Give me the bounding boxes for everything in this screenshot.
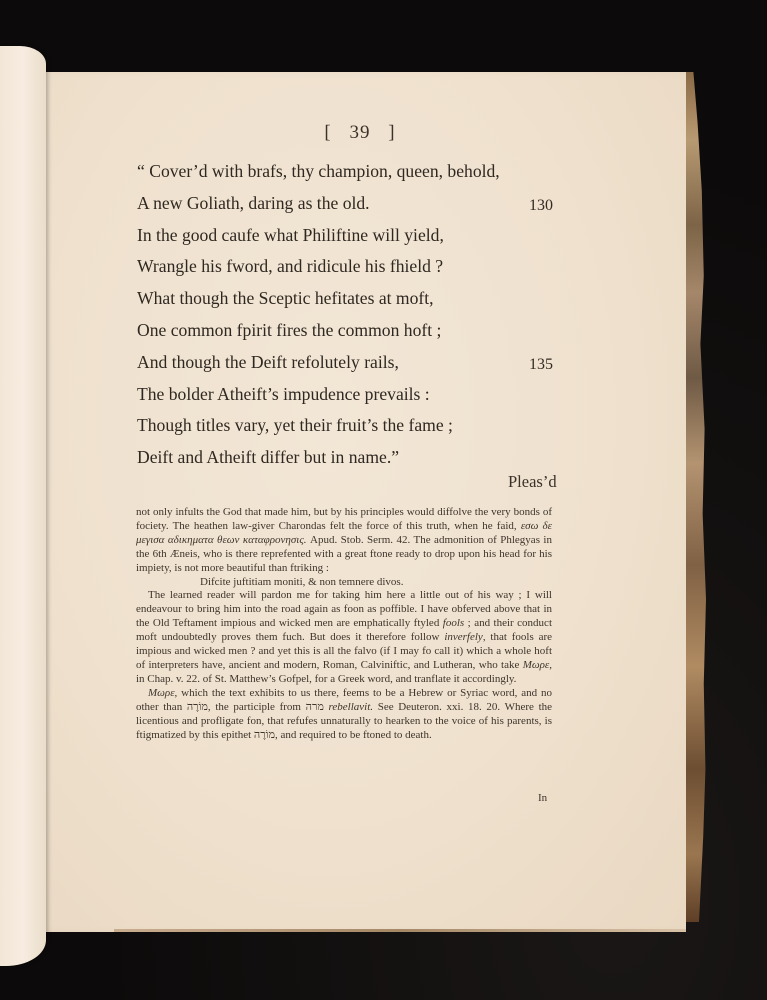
bracket-close: ] [376,122,407,143]
verse-text: Deift and Atheift differ but in name.” [137,447,399,467]
footnote-text: , and required to be ftoned to death. [275,729,432,741]
hebrew-word: מוֹרֶה [187,701,208,713]
verse-line: Deift and Atheift differ but in name.” [137,442,557,474]
verse-line: The bolder Atheift’s impudence prevails … [137,379,557,411]
footnote-block: not only infults the God that made him, … [136,506,552,742]
verse-line: In the good caufe what Philiftine will y… [137,220,557,252]
greek-word: Μωρε [523,659,550,671]
verse-text: Though titles vary, yet their fruit’s th… [137,415,453,435]
footnote-text: not only infults the God that made him, … [136,506,552,532]
latin-quote: Difcite juftitiam moniti, & non temnere … [136,576,552,590]
verse-text: “ Cover’d with brafs, thy champion, quee… [137,161,500,181]
verse-text: In the good caufe what Philiftine will y… [137,225,444,245]
verse-block: “ Cover’d with brafs, thy champion, quee… [137,156,557,474]
footnote-text: , the participle from [208,701,306,713]
verse-line: A new Goliath, daring as the old. 130 [137,188,557,220]
catchword: Pleas’d [508,472,557,492]
greek-word: Μωρε [148,687,175,699]
verse-line: Though titles vary, yet their fruit’s th… [137,410,557,442]
italic-word: fools [443,617,464,629]
hebrew-word: מוֹרֶה [254,729,275,741]
footnote-paragraph: Μωρε, which the text exhibits to us ther… [136,687,552,743]
verse-text: And though the Deift refolutely rails, [137,352,399,372]
verse-text: What though the Sceptic hefitates at mof… [137,288,434,308]
page-number: 39 [350,122,371,143]
verse-line: One common fpirit fires the common hoft … [137,315,557,347]
footnote-catchword: In [538,792,547,804]
book-page: [ 39 ] “ Cover’d with brafs, thy champio… [34,72,686,932]
hebrew-word: מרה [306,701,324,713]
footnote-paragraph: not only infults the God that made him, … [136,506,552,576]
footnote-paragraph: The learned reader will pardon me for ta… [136,589,552,686]
verse-line: And though the Deift refolutely rails, 1… [137,347,557,379]
verse-line: Wrangle his fword, and ridicule his fhie… [137,251,557,283]
italic-word: inverfely [444,631,482,643]
verse-text: The bolder Atheift’s impudence prevails … [137,384,430,404]
verse-text: One common fpirit fires the common hoft … [137,320,441,340]
verse-line: What though the Sceptic hefitates at mof… [137,283,557,315]
italic-word: rebellavit. [329,701,374,713]
line-number: 135 [529,349,553,381]
running-head: [ 39 ] [34,122,686,144]
line-number: 130 [529,190,553,222]
verse-text: Wrangle his fword, and ridicule his fhie… [137,256,443,276]
facing-page-edge [0,46,46,966]
bracket-open: [ [312,122,343,143]
verse-line: “ Cover’d with brafs, thy champion, quee… [137,156,557,188]
verse-text: A new Goliath, daring as the old. [137,193,370,213]
